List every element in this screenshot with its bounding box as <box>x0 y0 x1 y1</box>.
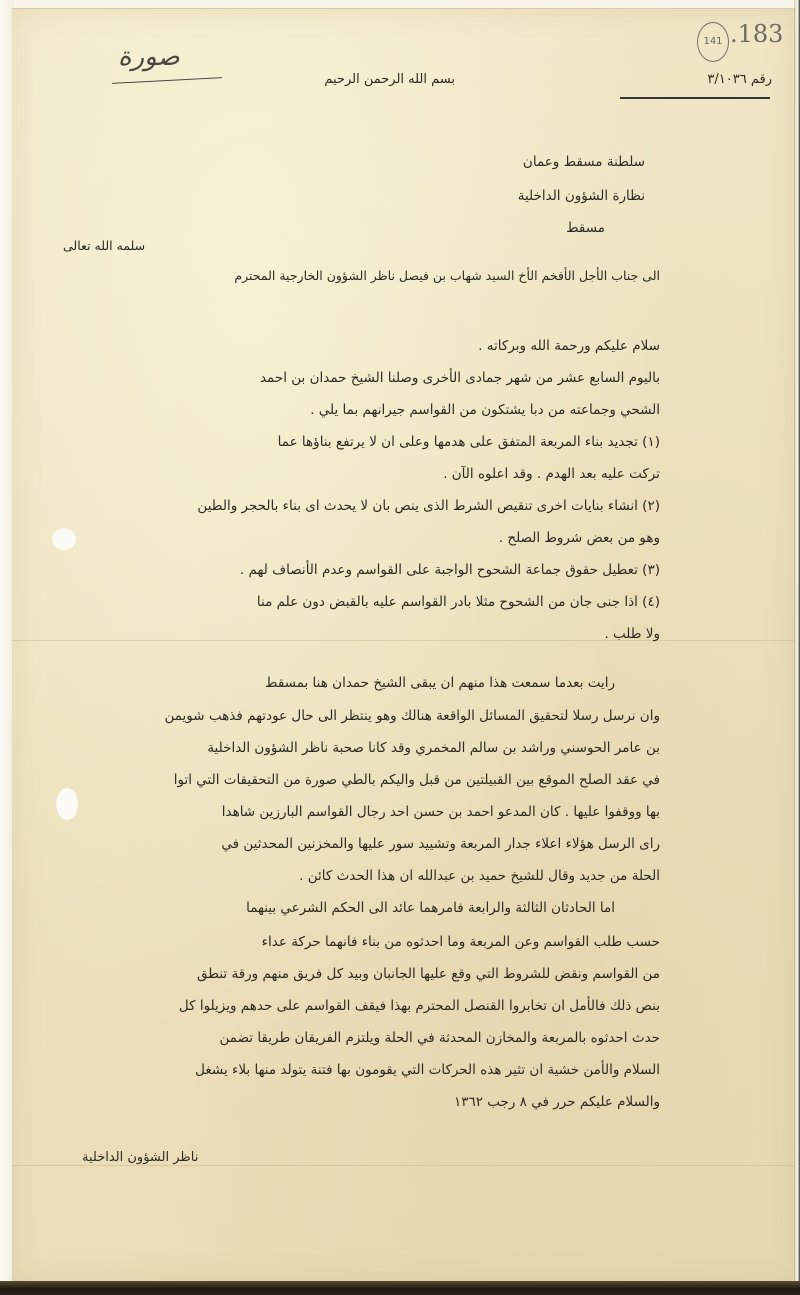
body-line: رايت بعدما سمعت هذا منهم ان يبقى الشيخ ح… <box>265 675 615 691</box>
paper-fold-line <box>12 640 794 641</box>
basmala: بسم الله الرحمن الرحيم <box>324 72 455 87</box>
body-line: وان نرسل رسلا لتحقيق المسائل الواقعة هنا… <box>164 708 660 724</box>
body-line: بن عامر الحوسني وراشد بن سالم المخمري وق… <box>207 740 660 756</box>
body-line: في عقد الصلح الموقع بين القبيلتين من قبل… <box>174 772 660 788</box>
body-line: الحلة من جديد وقال للشيخ حميد بن عبدالله… <box>299 868 660 884</box>
letterhead-ministry: نظارة الشؤون الداخلية <box>518 188 645 204</box>
body-line: حدث احدثوه بالمربعة والمخازن المحدثة في … <box>219 1030 660 1046</box>
body-line: بها ووقفوا عليها . كان المدعو احمد بن حس… <box>222 804 660 820</box>
body-line: الشحي وجماعته من دبا يشتكون من القواسم ج… <box>310 402 660 418</box>
body-line: بنص ذلك فالأمل ان تخابروا القنصل المحترم… <box>179 998 660 1014</box>
body-line: وهو من بعض شروط الصلح . <box>499 530 660 546</box>
paper-tear <box>52 528 76 550</box>
letterhead-city: مسقط <box>566 220 605 236</box>
body-line: تركت عليه بعد الهدم . وقد اعلوه الآن . <box>443 466 660 482</box>
body-line: (٤) اذا جنى جان من الشحوح مثلا بادر القو… <box>257 594 660 610</box>
addressee: الى جناب الأجل الأفخم الأخ السيد شهاب بن… <box>234 268 660 283</box>
salutation-blessing: سلمه الله تعالى <box>63 238 145 253</box>
greeting: سلام عليكم ورحمة الله وبركاته . <box>478 338 660 354</box>
body-line: (١) تجديد بناء المربعة المتفق على هدمها … <box>278 434 660 450</box>
body-line: من القواسم ونقض للشروط التي وقع عليها ال… <box>197 966 660 982</box>
body-line: حسب طلب القواسم وعن المربعة وما احدثوه م… <box>262 934 660 950</box>
folio-circle-stamp: 141 <box>697 22 729 62</box>
body-line: (٣) تعطيل حقوق جماعة الشحوح الواجبة على … <box>240 562 660 578</box>
scan-bottom-edge <box>0 1281 800 1295</box>
reference-underline <box>620 97 770 99</box>
reference-number: رقم ٣/١٠٣٦ <box>707 72 772 87</box>
body-line: راى الرسل هؤلاء اعلاء جدار المربعة وتشيي… <box>221 836 660 852</box>
body-line: باليوم السابع عشر من شهر جمادى الأخرى وص… <box>260 370 660 386</box>
body-line: اما الحادثان الثالثة والرابعة فامرهما عا… <box>246 900 615 916</box>
paper-tear <box>56 788 78 820</box>
body-line: السلام والأمن خشية ان تثير هذه الحركات ا… <box>195 1062 660 1078</box>
closing-date-line: والسلام عليكم حرر في ٨ رجب ١٣٦٢ <box>454 1094 660 1110</box>
handwritten-annotation: صورة <box>118 42 180 72</box>
signature-title: ناظر الشؤون الداخلية <box>82 1150 198 1165</box>
folio-page-number: .183 <box>730 20 783 48</box>
body-line: ولا طلب . <box>604 626 660 642</box>
letterhead-sultanate: سلطنة مسقط وعمان <box>523 154 645 170</box>
body-line: (٢) انشاء بنايات اخرى تنقيص الشرط الذى ي… <box>197 498 660 514</box>
letter-sheet <box>12 8 795 1283</box>
paper-fold-line <box>12 1165 794 1166</box>
